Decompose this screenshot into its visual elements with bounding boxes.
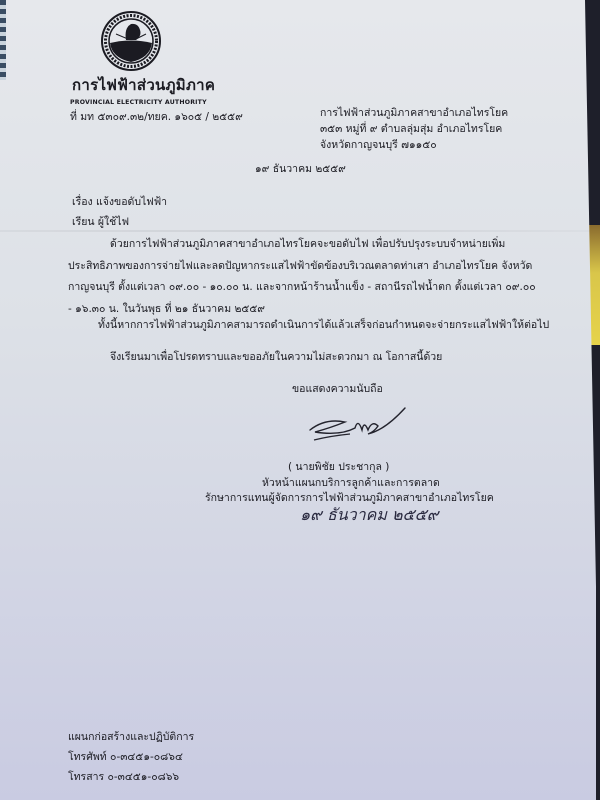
body-paragraph-line: - ๑๖.๓๐ น. ในวันพุธ ที่ ๒๑ ธันวาคม ๒๕๕๙ [68,302,265,316]
signatory-title: หัวหน้าแผนกบริการลูกค้าและการตลาด [262,476,440,490]
paper-fold [0,230,600,232]
sender-address-line: การไฟฟ้าส่วนภูมิภาคสาขาอำเภอไทรโยค [320,106,508,120]
body-paragraph-line: ประสิทธิภาพของการจ่ายไฟและลดปัญหากระแสไฟ… [68,259,532,273]
org-name-en: PROVINCIAL ELECTRICITY AUTHORITY [70,96,207,110]
footer-department: แผนกก่อสร้างและปฏิบัติการ [68,730,194,744]
footer-fax: โทรสาร ๐-๓๔๕๑-๐๘๖๖ [68,770,179,784]
sender-address-line: ๓๕๓ หมู่ที่ ๙ ตำบลลุ่มสุ่ม อำเภอไทรโยค [320,122,502,136]
body-paragraph-line: ทั้งนี้หากการไฟฟ้าส่วนภูมิภาคสามารถดำเนิ… [98,318,549,332]
org-name-th: การไฟฟ้าส่วนภูมิภาค [72,78,215,92]
footer-phone: โทรศัพท์ ๐-๓๔๕๑-๐๘๖๔ [68,750,183,764]
handwritten-signature-icon [300,400,410,450]
signatory-name: ( นายพิชัย ประชากุล ) [288,460,389,474]
letter-date: ๑๙ ธันวาคม ๒๕๕๙ [255,162,346,176]
reference-number: ที่ มท ๕๓๐๙.๓๒/ทยค. ๑๖๐๕ / ๒๕๕๙ [70,110,243,124]
valediction: ขอแสดงความนับถือ [292,382,383,396]
recipient-line: เรียน ผู้ใช้ไฟ [72,215,129,229]
letter-page: การไฟฟ้าส่วนภูมิภาค PROVINCIAL ELECTRICI… [0,0,596,800]
body-paragraph-line: กาญจนบุรี ตั้งแต่เวลา ๐๙.๐๐ - ๑๐.๐๐ น. แ… [68,280,536,294]
closing-statement: จึงเรียนมาเพื่อโปรดทราบและขออภัยในความไม… [110,350,442,364]
signatory-acting-title: รักษาการแทนผู้จัดการการไฟฟ้าส่วนภูมิภาคส… [205,491,494,505]
body-paragraph-line: ด้วยการไฟฟ้าส่วนภูมิภาคสาขาอำเภอไทรโยคจะ… [110,237,505,251]
pea-emblem-icon [100,10,162,72]
handwritten-date: ๑๙ ธันวาคม ๒๕๕๙ [300,508,438,522]
subject-line: เรื่อง แจ้งขอดับไฟฟ้า [72,195,167,209]
sender-address-line: จังหวัดกาญจนบุรี ๗๑๑๕๐ [320,138,437,152]
